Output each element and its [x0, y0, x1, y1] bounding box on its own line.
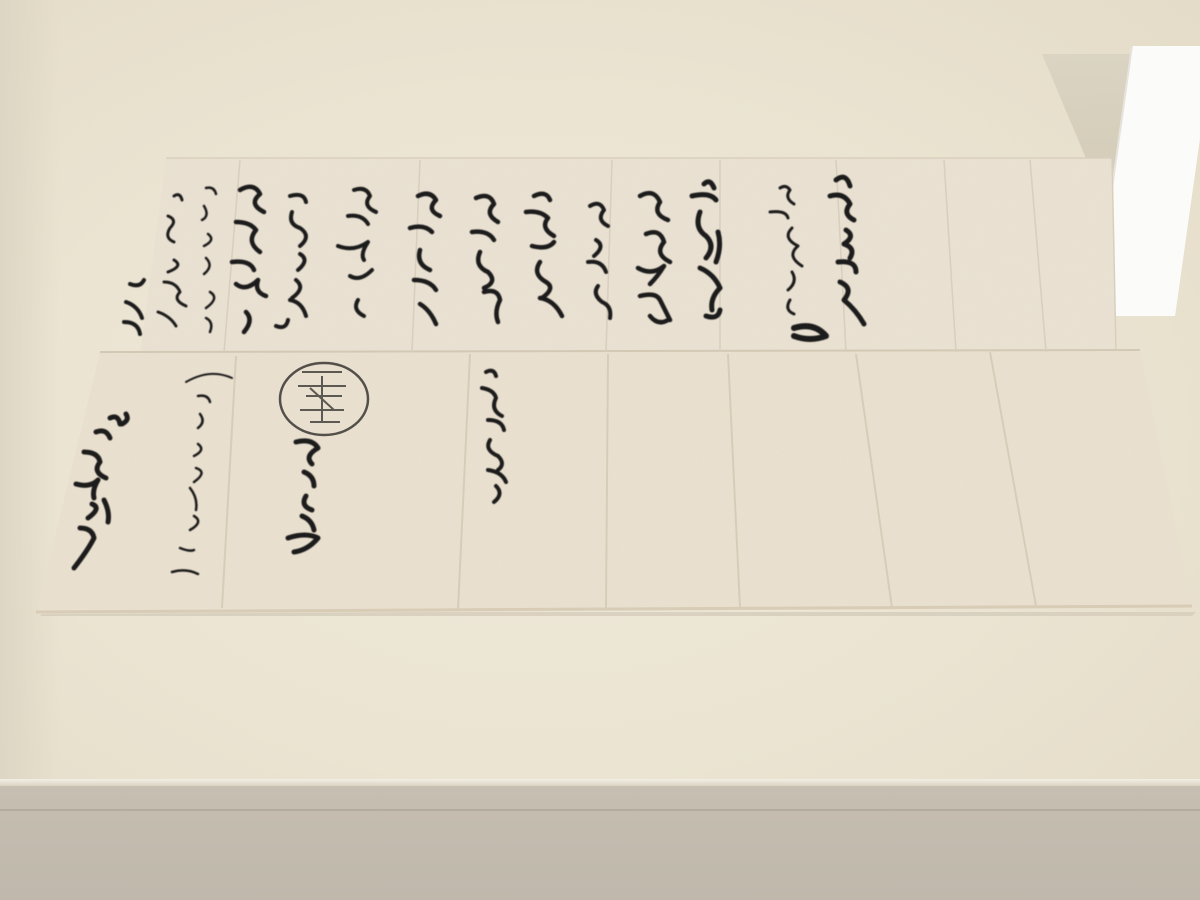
historical-document	[0, 0, 1200, 900]
document-illustration	[0, 0, 1200, 900]
document-lower-panel	[36, 350, 1192, 614]
